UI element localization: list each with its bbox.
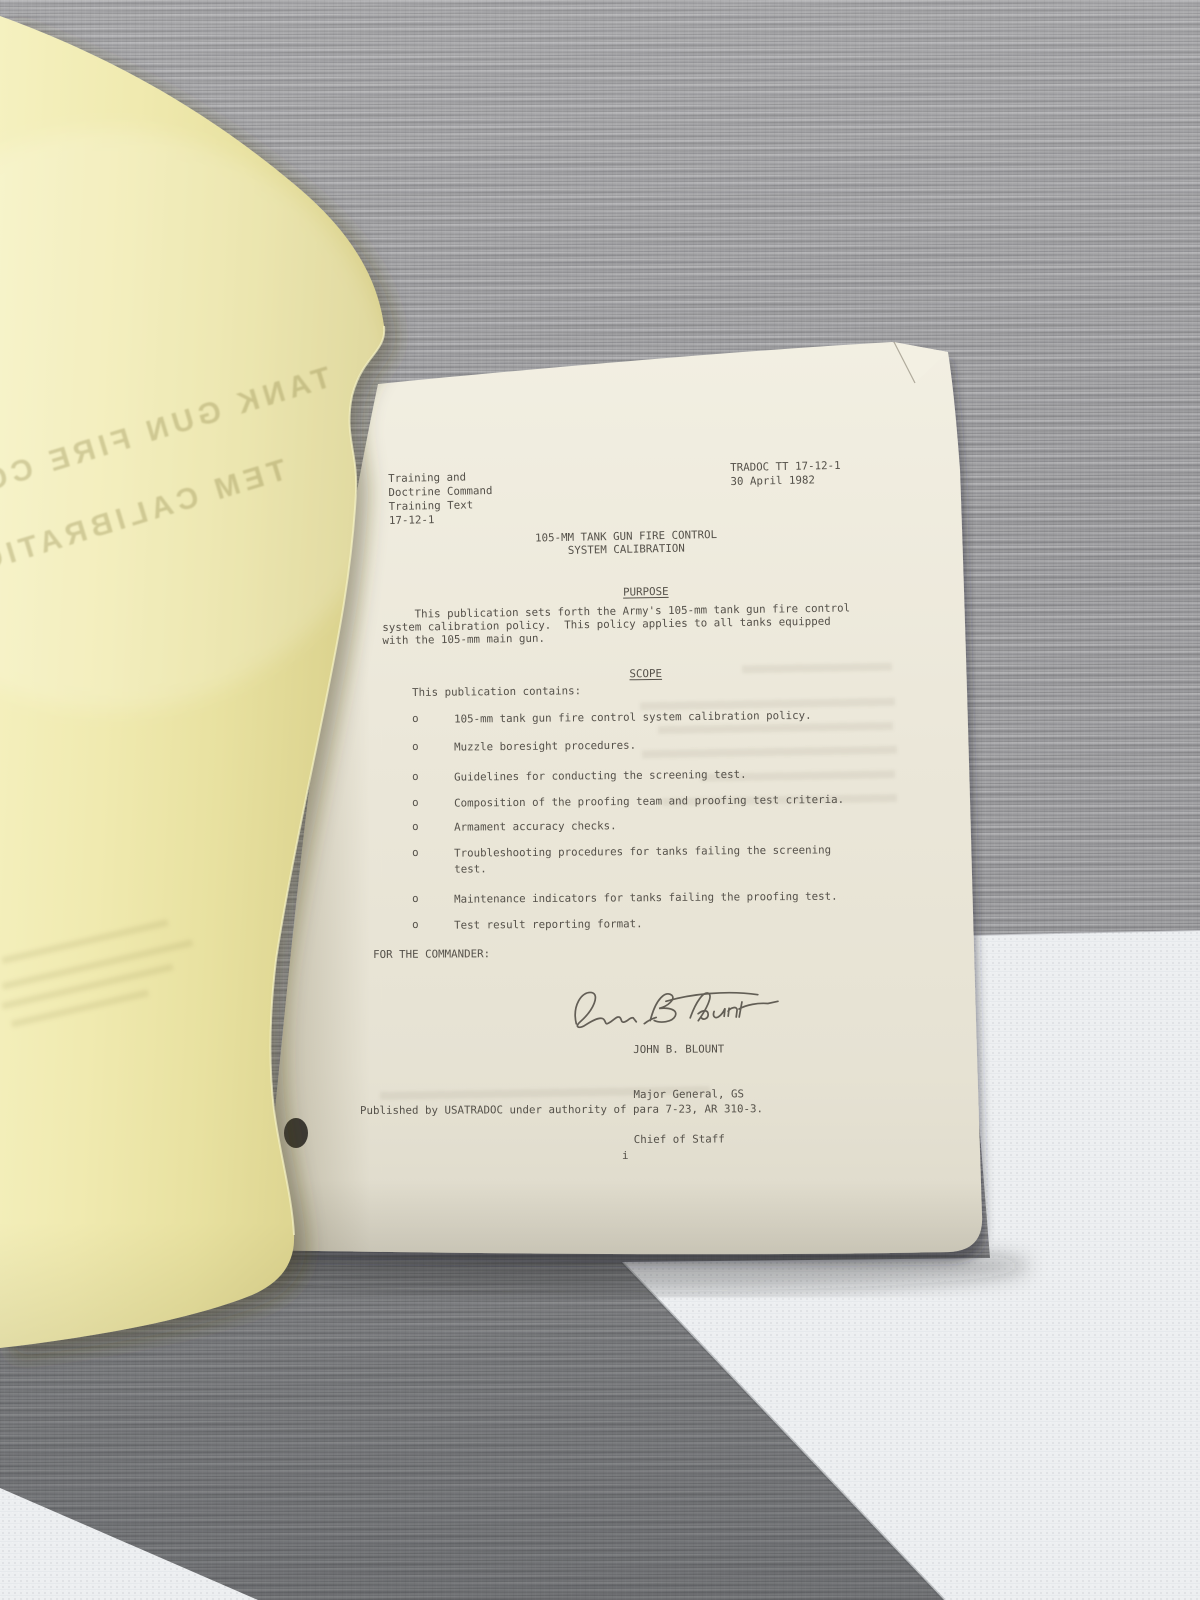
scope-bullet-item: o Composition of the proofing team and p… bbox=[412, 792, 844, 812]
scope-intro: This publication contains: bbox=[412, 684, 581, 700]
bullet-text: Guidelines for conducting the screening … bbox=[454, 767, 747, 786]
photo-of-document: TANK GUN FIRE CO TEM CALIBRATION Trainin… bbox=[0, 0, 1200, 1600]
header-issuing-agency: Training and Doctrine Command Training T… bbox=[388, 470, 493, 528]
purpose-heading-text: PURPOSE bbox=[623, 585, 669, 599]
bullet-marker: o bbox=[412, 820, 454, 836]
signatory-rank: Major General, GS bbox=[633, 1086, 744, 1102]
bullet-marker: o bbox=[412, 740, 454, 756]
purpose-paragraph: This publication sets forth the Army's 1… bbox=[382, 601, 851, 647]
bullet-text: Test result reporting format. bbox=[454, 916, 643, 933]
document-text-layer: Training and Doctrine Command Training T… bbox=[0, 0, 1200, 1600]
bullet-marker: o bbox=[412, 892, 454, 908]
scope-bullet-item: o 105-mm tank gun fire control system ca… bbox=[412, 708, 812, 728]
signature-block: JOHN B. BLOUNT Major General, GS Chief o… bbox=[633, 1011, 745, 1177]
scope-bullet-item: o Test result reporting format. bbox=[412, 916, 643, 934]
bullet-marker: o bbox=[412, 918, 454, 934]
bullet-text: Maintenance indicators for tanks failing… bbox=[454, 889, 838, 908]
scope-bullet-item: o Guidelines for conducting the screenin… bbox=[412, 767, 747, 786]
scope-bullet-item: o Maintenance indicators for tanks faili… bbox=[412, 889, 838, 908]
document-title: 105-MM TANK GUN FIRE CONTROL SYSTEM CALI… bbox=[406, 526, 846, 560]
scope-bullet-item: o Troubleshooting procedures for tanks f… bbox=[412, 842, 831, 878]
bullet-marker: o bbox=[412, 712, 454, 728]
bullet-marker: o bbox=[412, 796, 454, 812]
bullet-text: Composition of the proofing team and pro… bbox=[454, 792, 844, 812]
bullet-text: Troubleshooting procedures for tanks fai… bbox=[454, 842, 831, 877]
signatory-name: JOHN B. BLOUNT bbox=[633, 1041, 744, 1057]
bullet-text: Armament accuracy checks. bbox=[454, 818, 617, 835]
scope-bullet-item: o Muzzle boresight procedures. bbox=[412, 738, 636, 756]
bullet-marker: o bbox=[412, 846, 454, 878]
page-number: i bbox=[622, 1149, 629, 1163]
scope-heading-text: SCOPE bbox=[629, 667, 662, 680]
scope-bullet-item: o Armament accuracy checks. bbox=[412, 818, 617, 836]
bullet-text: Muzzle boresight procedures. bbox=[454, 738, 636, 756]
for-the-commander: FOR THE COMMANDER: bbox=[373, 947, 490, 962]
signatory-position: Chief of Staff bbox=[634, 1131, 745, 1147]
header-document-number: TRADOC TT 17-12-1 30 April 1982 bbox=[730, 459, 841, 489]
bullet-marker: o bbox=[412, 770, 454, 786]
publication-authority-line: Published by USATRADOC under authority o… bbox=[360, 1102, 763, 1118]
bullet-text: 105-mm tank gun fire control system cali… bbox=[454, 708, 812, 728]
